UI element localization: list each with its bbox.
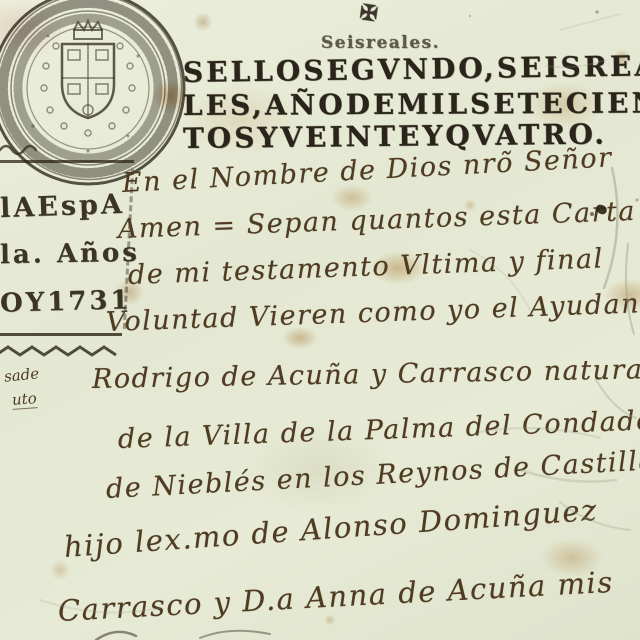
manuscript-line: de la Villa de la Palma del Condado, bbox=[117, 405, 640, 455]
manuscript-line: Rodrigo de Acuña y Carrasco natural bbox=[92, 354, 640, 395]
printed-header-line-1: SELLOSEGVNDO,SEISREĀ- bbox=[183, 49, 640, 89]
manuscript-line: Amen = Sepan quantos esta Carta bbox=[117, 196, 636, 245]
margin-note-line: sade bbox=[3, 364, 40, 386]
manuscript-line: de mi testamento Vltima y final bbox=[127, 243, 604, 291]
manuscript-line: Carrasco y D.a Anna de Acuña mis bbox=[57, 565, 614, 628]
printed-header-line-2: LES,AÑODEMILSETECIEN- bbox=[183, 86, 640, 122]
manuscript-page: ✠ Seisreales. SELLOSEGVNDO,SEISREĀ- LES,… bbox=[0, 0, 640, 640]
margin-note-line: uto bbox=[11, 389, 37, 410]
manuscript-line: hijo lex.mo de Alonso Dominguez bbox=[63, 493, 599, 564]
printed-header: SELLOSEGVNDO,SEISREĀ- LES,AÑODEMILSETECI… bbox=[183, 56, 640, 155]
box-stamp-rule bbox=[0, 333, 122, 336]
tax-inscription: Seisreales. bbox=[321, 33, 440, 53]
ink-blot bbox=[590, 212, 594, 216]
cross-pattee-icon: ✠ bbox=[358, 0, 379, 26]
box-stamp-line-1: lAEspA bbox=[0, 189, 125, 224]
box-stamp-zigzag-icon bbox=[0, 343, 122, 362]
manuscript-line: Voluntad Vieren como yo el Ayudante bbox=[105, 287, 640, 338]
